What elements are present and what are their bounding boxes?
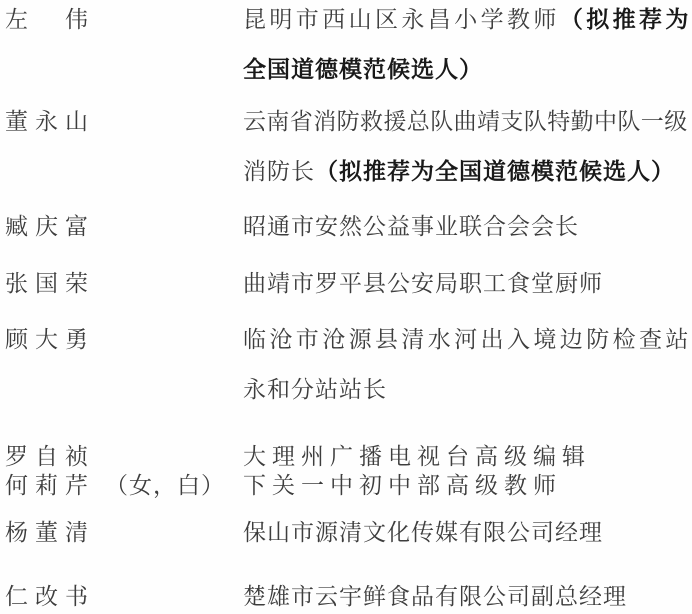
description-text: 昭通市安然公益事业联合会会长 xyxy=(243,214,579,239)
person-name: 董永山 xyxy=(5,97,105,147)
position-description: 昭通市安然公益事业联合会会长 xyxy=(243,202,692,252)
nomination-note-bold: （拟推荐为 xyxy=(560,7,692,32)
nomination-note-bold: （拟推荐为全国道德模范候选人） xyxy=(315,159,675,184)
description-text: 临沧市沧源县清水河出入境边防检查站 xyxy=(243,327,692,352)
description-text: 永和分站站长 xyxy=(243,377,387,402)
description-text: 下关一中初中部高级教师 xyxy=(243,473,562,498)
description-line: 临沧市沧源县清水河出入境边防检查站 xyxy=(243,315,692,365)
position-description: 保山市源清文化传媒有限公司经理 xyxy=(243,508,692,558)
person-name: 何莉芹 xyxy=(5,461,105,511)
list-row: 张国荣曲靖市罗平县公安局职工食堂厨师 xyxy=(5,259,692,309)
person-name: 仁改书 xyxy=(5,572,105,614)
position-description: 曲靖市罗平县公安局职工食堂厨师 xyxy=(243,259,692,309)
position-description: 楚雄市云宇鲜食品有限公司副总经理 xyxy=(243,572,692,614)
position-description: 云南省消防救援总队曲靖支队特勤中队一级消防长（拟推荐为全国道德模范候选人） xyxy=(243,97,692,197)
description-line: 曲靖市罗平县公安局职工食堂厨师 xyxy=(243,259,692,309)
description-text: 曲靖市罗平县公安局职工食堂厨师 xyxy=(243,271,603,296)
position-description: 临沧市沧源县清水河出入境边防检查站永和分站站长 xyxy=(243,315,692,415)
award-candidate-list: 左 伟昆明市西山区永昌小学教师（拟推荐为全国道德模范候选人）董永山云南省消防救援… xyxy=(0,0,692,614)
description-line: 昭通市安然公益事业联合会会长 xyxy=(243,202,692,252)
list-row: 顾大勇临沧市沧源县清水河出入境边防检查站永和分站站长 xyxy=(5,315,692,415)
description-line: 楚雄市云宇鲜食品有限公司副总经理 xyxy=(243,572,692,614)
description-line: 昆明市西山区永昌小学教师（拟推荐为 xyxy=(243,0,692,45)
description-text: 楚雄市云宇鲜食品有限公司副总经理 xyxy=(243,584,627,609)
person-name: 杨董清 xyxy=(5,508,105,558)
gender-ethnicity-note: （女，白） xyxy=(105,461,243,511)
description-text: 云南省消防救援总队曲靖支队特勤中队一级 xyxy=(243,109,688,134)
list-row: 左 伟昆明市西山区永昌小学教师（拟推荐为全国道德模范候选人） xyxy=(5,0,692,95)
list-row: 董永山云南省消防救援总队曲靖支队特勤中队一级消防长（拟推荐为全国道德模范候选人） xyxy=(5,97,692,197)
description-line: 消防长（拟推荐为全国道德模范候选人） xyxy=(243,147,692,197)
list-row: 杨董清保山市源清文化传媒有限公司经理 xyxy=(5,508,692,558)
list-row: 臧庆富昭通市安然公益事业联合会会长 xyxy=(5,202,692,252)
position-description: 下关一中初中部高级教师 xyxy=(243,461,692,511)
description-line: 全国道德模范候选人） xyxy=(243,45,692,95)
description-line: 下关一中初中部高级教师 xyxy=(243,461,692,511)
person-name: 臧庆富 xyxy=(5,202,105,252)
description-line: 永和分站站长 xyxy=(243,365,692,415)
person-name: 张国荣 xyxy=(5,259,105,309)
person-name: 左 伟 xyxy=(5,0,105,45)
description-text: 保山市源清文化传媒有限公司经理 xyxy=(243,520,603,545)
position-description: 昆明市西山区永昌小学教师（拟推荐为全国道德模范候选人） xyxy=(243,0,692,95)
person-name: 顾大勇 xyxy=(5,315,105,365)
description-line: 云南省消防救援总队曲靖支队特勤中队一级 xyxy=(243,97,692,147)
nomination-note-bold: 全国道德模范候选人） xyxy=(243,57,483,82)
description-text: 昆明市西山区永昌小学教师 xyxy=(243,7,560,32)
list-row: 何莉芹（女，白）下关一中初中部高级教师 xyxy=(5,461,692,511)
description-text: 消防长 xyxy=(243,159,315,184)
description-line: 保山市源清文化传媒有限公司经理 xyxy=(243,508,692,558)
list-row: 仁改书楚雄市云宇鲜食品有限公司副总经理 xyxy=(5,572,692,614)
